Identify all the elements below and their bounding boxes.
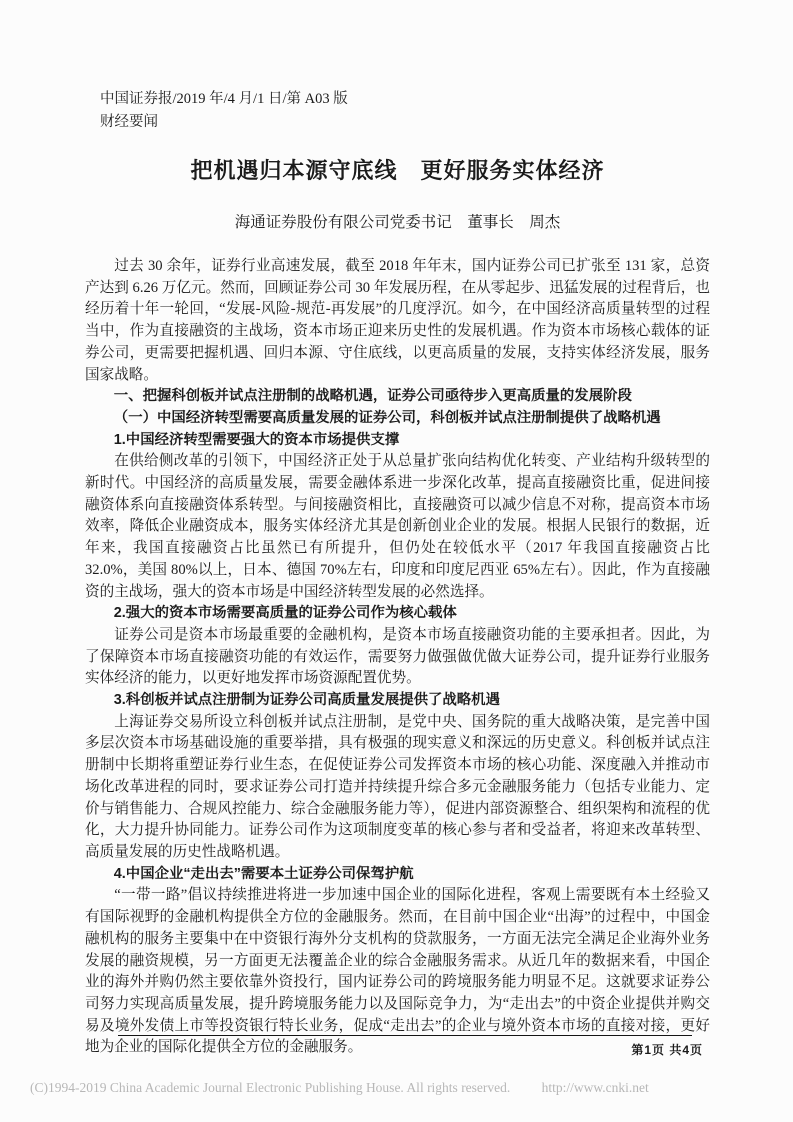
copyright-line: (C)1994-2019 China Academic Journal Elec… (30, 1080, 649, 1096)
cnki-url: http://www.cnki.net (542, 1080, 649, 1095)
page-indicator: 第1页 共4页 (631, 1041, 703, 1058)
article-byline: 海通证券股份有限公司党委书记 董事长 周杰 (85, 210, 710, 232)
section-heading-1: 一、把握科创板并试点注册制的战略机遇，证券公司亟待步入更高质量的发展阶段 (85, 386, 710, 408)
article-body: 过去 30 余年，证券行业高速发展，截至 2018 年年末，国内证券公司已扩张至… (85, 256, 710, 1059)
point-heading-2: 2.强大的资本市场需要高质量的证券公司作为核心载体 (85, 603, 710, 625)
paragraph-point-4: “一带一路”倡议持续推进将进一步加速中国企业的国际化进程，客观上需要既有本土经验… (85, 885, 710, 1059)
point-heading-4: 4.中国企业“走出去”需要本土证券公司保驾护航 (85, 864, 710, 886)
paragraph-intro: 过去 30 余年，证券行业高速发展，截至 2018 年年末，国内证券公司已扩张至… (85, 256, 710, 386)
document-page: 中国证券报/2019 年/4 月/1 日/第 A03 版 财经要闻 把机遇归本源… (0, 0, 793, 1122)
article-title: 把机遇归本源守底线 更好服务实体经济 (85, 158, 710, 184)
subsection-heading-1-1: （一）中国经济转型需要高质量发展的证券公司，科创板并试点注册制提供了战略机遇 (85, 408, 710, 430)
point-heading-1: 1.中国经济转型需要强大的资本市场提供支撑 (85, 430, 710, 452)
header-section-line: 财经要闻 (100, 111, 710, 134)
footer-divider (118, 1035, 692, 1036)
paragraph-point-1: 在供给侧改革的引领下，中国经济正处于从总量扩张向结构优化转变、产业结构升级转型的… (85, 451, 710, 603)
copyright-text: (C)1994-2019 China Academic Journal Elec… (30, 1080, 510, 1095)
paragraph-point-3: 上海证券交易所设立科创板并试点注册制，是党中央、国务院的重大战略决策，是完善中国… (85, 712, 710, 864)
point-heading-3: 3.科创板并试点注册制为证券公司高质量发展提供了战略机遇 (85, 690, 710, 712)
paragraph-point-2: 证券公司是资本市场最重要的金融机构，是资本市场直接融资功能的主要承担者。因此，为… (85, 625, 710, 690)
header-source-line: 中国证券报/2019 年/4 月/1 日/第 A03 版 (100, 88, 710, 111)
page-content: 中国证券报/2019 年/4 月/1 日/第 A03 版 财经要闻 把机遇归本源… (85, 88, 710, 1059)
